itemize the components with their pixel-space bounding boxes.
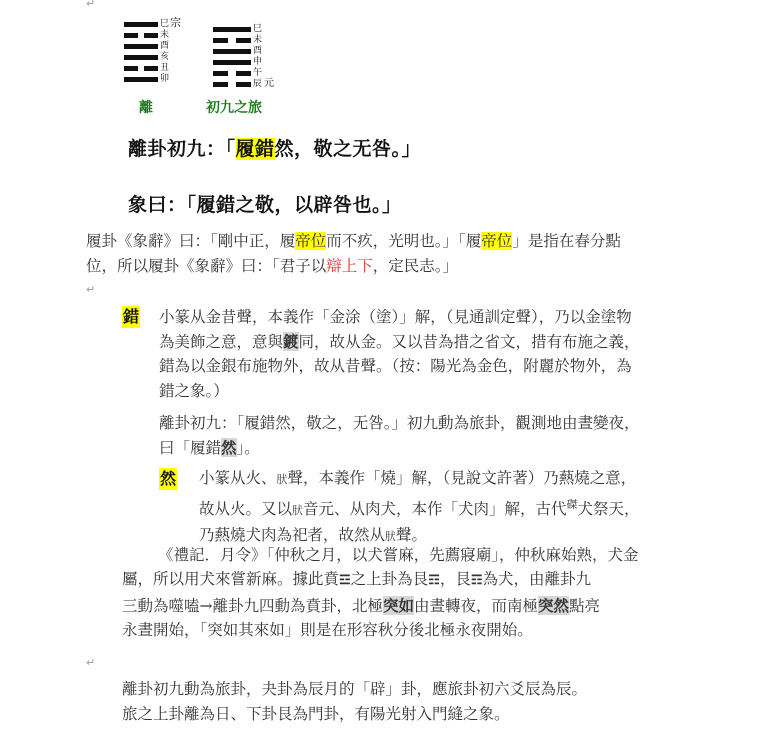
hexagram-lu: 巳 未 酉 申 午 辰 元: [213, 27, 283, 97]
paragraph-li-chujiu: 離卦初九：「履錯然，敬之，无咎。」初九動為旅卦，觀測地由晝變夜， 曰「履錯然」。: [159, 411, 640, 460]
paragraph-lu-xiangci: 履卦《象辭》曰：「剛中正，履帝位而不疚，光明也。」「履帝位」是指在春分點 位，所…: [86, 229, 621, 278]
branch-label: 申: [253, 57, 262, 67]
paragraph-mark: ↵: [86, 656, 95, 669]
branch-label: 未: [160, 30, 169, 40]
branch-label: 亥: [160, 52, 169, 62]
hexagram-li: 巳 宗 未 酉 亥 丑 卯: [124, 22, 184, 92]
text: 為美飾之意，意與: [159, 333, 283, 351]
text: 旅之上卦離為日、下卦艮為門卦，有陽光射入門縫之象。: [122, 705, 510, 723]
yin-line-right: [236, 38, 251, 43]
paragraph-liji: 《禮記．月令》「仲秋之月，以犬嘗麻，先薦寢廟」，仲秋麻始熟，犬金: [158, 543, 639, 568]
paragraph-closing: 離卦初九動為旅卦，夬卦為辰月的「辟」卦，應旅卦初六爻辰為辰。 旅之上卦離為日、下…: [122, 677, 587, 726]
glyph-ran-component: 肰: [385, 530, 396, 543]
text: 故从火。又以: [199, 500, 292, 518]
yang-line: [124, 55, 158, 60]
hexagram-name-li: 離: [139, 97, 153, 117]
text: 之上卦為艮: [351, 570, 429, 588]
highlight-diwei: 帝位: [481, 232, 512, 250]
text: 離卦初九動為旅卦，夬卦為辰月的「辟」卦，應旅卦初六爻辰為辰。: [122, 680, 587, 698]
text: 錯之象。）: [159, 382, 229, 400]
text: 為犬，由離卦九: [483, 570, 592, 588]
red-text-bianshangxia: 辯上下: [326, 257, 373, 275]
entry-cuo-text: 小篆从金昔聲，本義作「金涂（塗）」解，（見通訓定聲），乃以金塗物 為美飾之意，意…: [159, 305, 640, 403]
highlight-diwei: 帝位: [295, 232, 326, 250]
text: 音元、从肉犬，本作「犬肉」解，古代: [303, 500, 567, 518]
text: 屬，所以用犬來嘗新麻。據此賁: [122, 570, 339, 588]
yin-line-left: [213, 38, 228, 43]
glyph-ran-component: 肰: [292, 504, 303, 517]
text: 而不疚，光明也。」「履: [326, 232, 481, 250]
shaded-turan: 突然: [538, 596, 569, 615]
term-cuo: 錯: [122, 306, 140, 328]
title-suffix: 然，敬之无咎。」: [275, 138, 422, 160]
text: 小篆从火、: [199, 469, 277, 487]
text: 乃爇燒犬肉為祀者，故然从: [199, 526, 385, 544]
branch-label: 卯: [160, 74, 169, 84]
branch-label: 巳: [253, 24, 262, 34]
text: 犬祭天，: [578, 500, 640, 518]
branch-label: 辰: [253, 79, 262, 89]
term-ran: 然: [159, 468, 177, 490]
text: 位，所以履卦《象辭》曰：「君子以: [86, 257, 326, 275]
highlight-lucuo: 履錯: [236, 138, 275, 160]
trigram-gen-icon: ☶: [471, 573, 483, 588]
text: 」是指在春分點: [512, 232, 621, 250]
text: 《禮記．月令》「仲秋之月，以犬嘗麻，先薦寢廟」，仲秋麻始熟，犬金: [158, 546, 639, 564]
branch-label: 午: [253, 68, 262, 78]
title-line-1: 離卦初九：「履錯然，敬之无咎。」: [128, 134, 421, 161]
title-line-2: 象曰：「履錯之敬，以辟咎也。」: [128, 190, 402, 217]
text: ，艮: [440, 570, 471, 588]
entry-ran-text: 小篆从火、肰聲，本義作「燒」解，（見說文許著）乃爇燒之意， 故从火。又以肰音元、…: [199, 466, 640, 550]
text: 永晝開始，「突如其來如」則是在形容秋分後北極永夜開始。: [122, 621, 533, 639]
text: 」。: [237, 439, 260, 457]
yang-line: [213, 60, 251, 65]
yin-line-left: [213, 71, 228, 76]
branch-label: 未: [253, 35, 262, 45]
branch-label: 丑: [160, 63, 169, 73]
annotation-label: 元: [264, 79, 274, 89]
title-prefix: 離卦初九：「: [128, 138, 236, 160]
text: 聲。: [396, 526, 427, 544]
paragraph-mark: ↵: [86, 283, 95, 296]
shaded-du: 鍍: [283, 332, 299, 351]
text: ，定民志。」: [373, 257, 458, 275]
yin-line-left: [124, 66, 138, 71]
yang-line: [124, 22, 158, 27]
branch-label: 酉: [160, 41, 169, 51]
text: 曰「履錯: [159, 439, 221, 457]
text: 履卦《象辭》曰：「剛中正，履: [86, 232, 295, 250]
annotation-label: 宗: [170, 18, 181, 28]
text: 三動為噬嗑→離卦九四動為賁卦，北極: [122, 597, 383, 615]
text: 錯為以金銀布施物外，故从昔聲。（按：陽光為金色，附麗於物外，為: [159, 357, 632, 375]
yang-line: [213, 27, 251, 32]
yin-line-right: [144, 33, 158, 38]
yang-line: [124, 44, 158, 49]
trigram-li-icon: ☲: [339, 573, 351, 588]
yang-line: [124, 77, 158, 82]
yin-line-right: [144, 66, 158, 71]
yin-line-left: [213, 82, 228, 87]
text: 由晝轉夜，而南極: [414, 597, 538, 615]
yang-line: [213, 49, 251, 54]
yin-line-left: [124, 33, 138, 38]
hexagram-name-lu: 初九之旅: [206, 97, 262, 117]
shaded-ran: 然: [221, 438, 237, 457]
trigram-gen-icon: ☶: [428, 573, 440, 588]
glyph-ran-component: 肰: [277, 473, 288, 486]
shaded-turu: 突如: [383, 596, 414, 615]
branch-label: 巳: [160, 19, 169, 29]
yin-line-right: [236, 71, 251, 76]
glyph-zhe: 磔: [567, 498, 578, 511]
yin-line-right: [236, 82, 251, 87]
paragraph-liji-cont: 屬，所以用犬來嘗新麻。據此賁☲之上卦為艮☶，艮☶為犬，由離卦九 三動為噬嗑→離卦…: [122, 567, 600, 643]
text: 小篆从金昔聲，本義作「金涂（塗）」解，（見通訓定聲），乃以金塗物: [159, 308, 632, 326]
text: 離卦初九：「履錯然，敬之，无咎。」初九動為旅卦，觀測地由晝變夜，: [159, 414, 640, 432]
text: 點亮: [569, 597, 600, 615]
paragraph-mark: ↵: [86, 0, 95, 10]
text: 同，故从金。又以昔為措之省文，措有布施之義，: [299, 333, 640, 351]
branch-label: 酉: [253, 46, 262, 56]
text: 聲，本義作「燒」解，（見說文許著）乃爇燒之意，: [288, 469, 637, 487]
